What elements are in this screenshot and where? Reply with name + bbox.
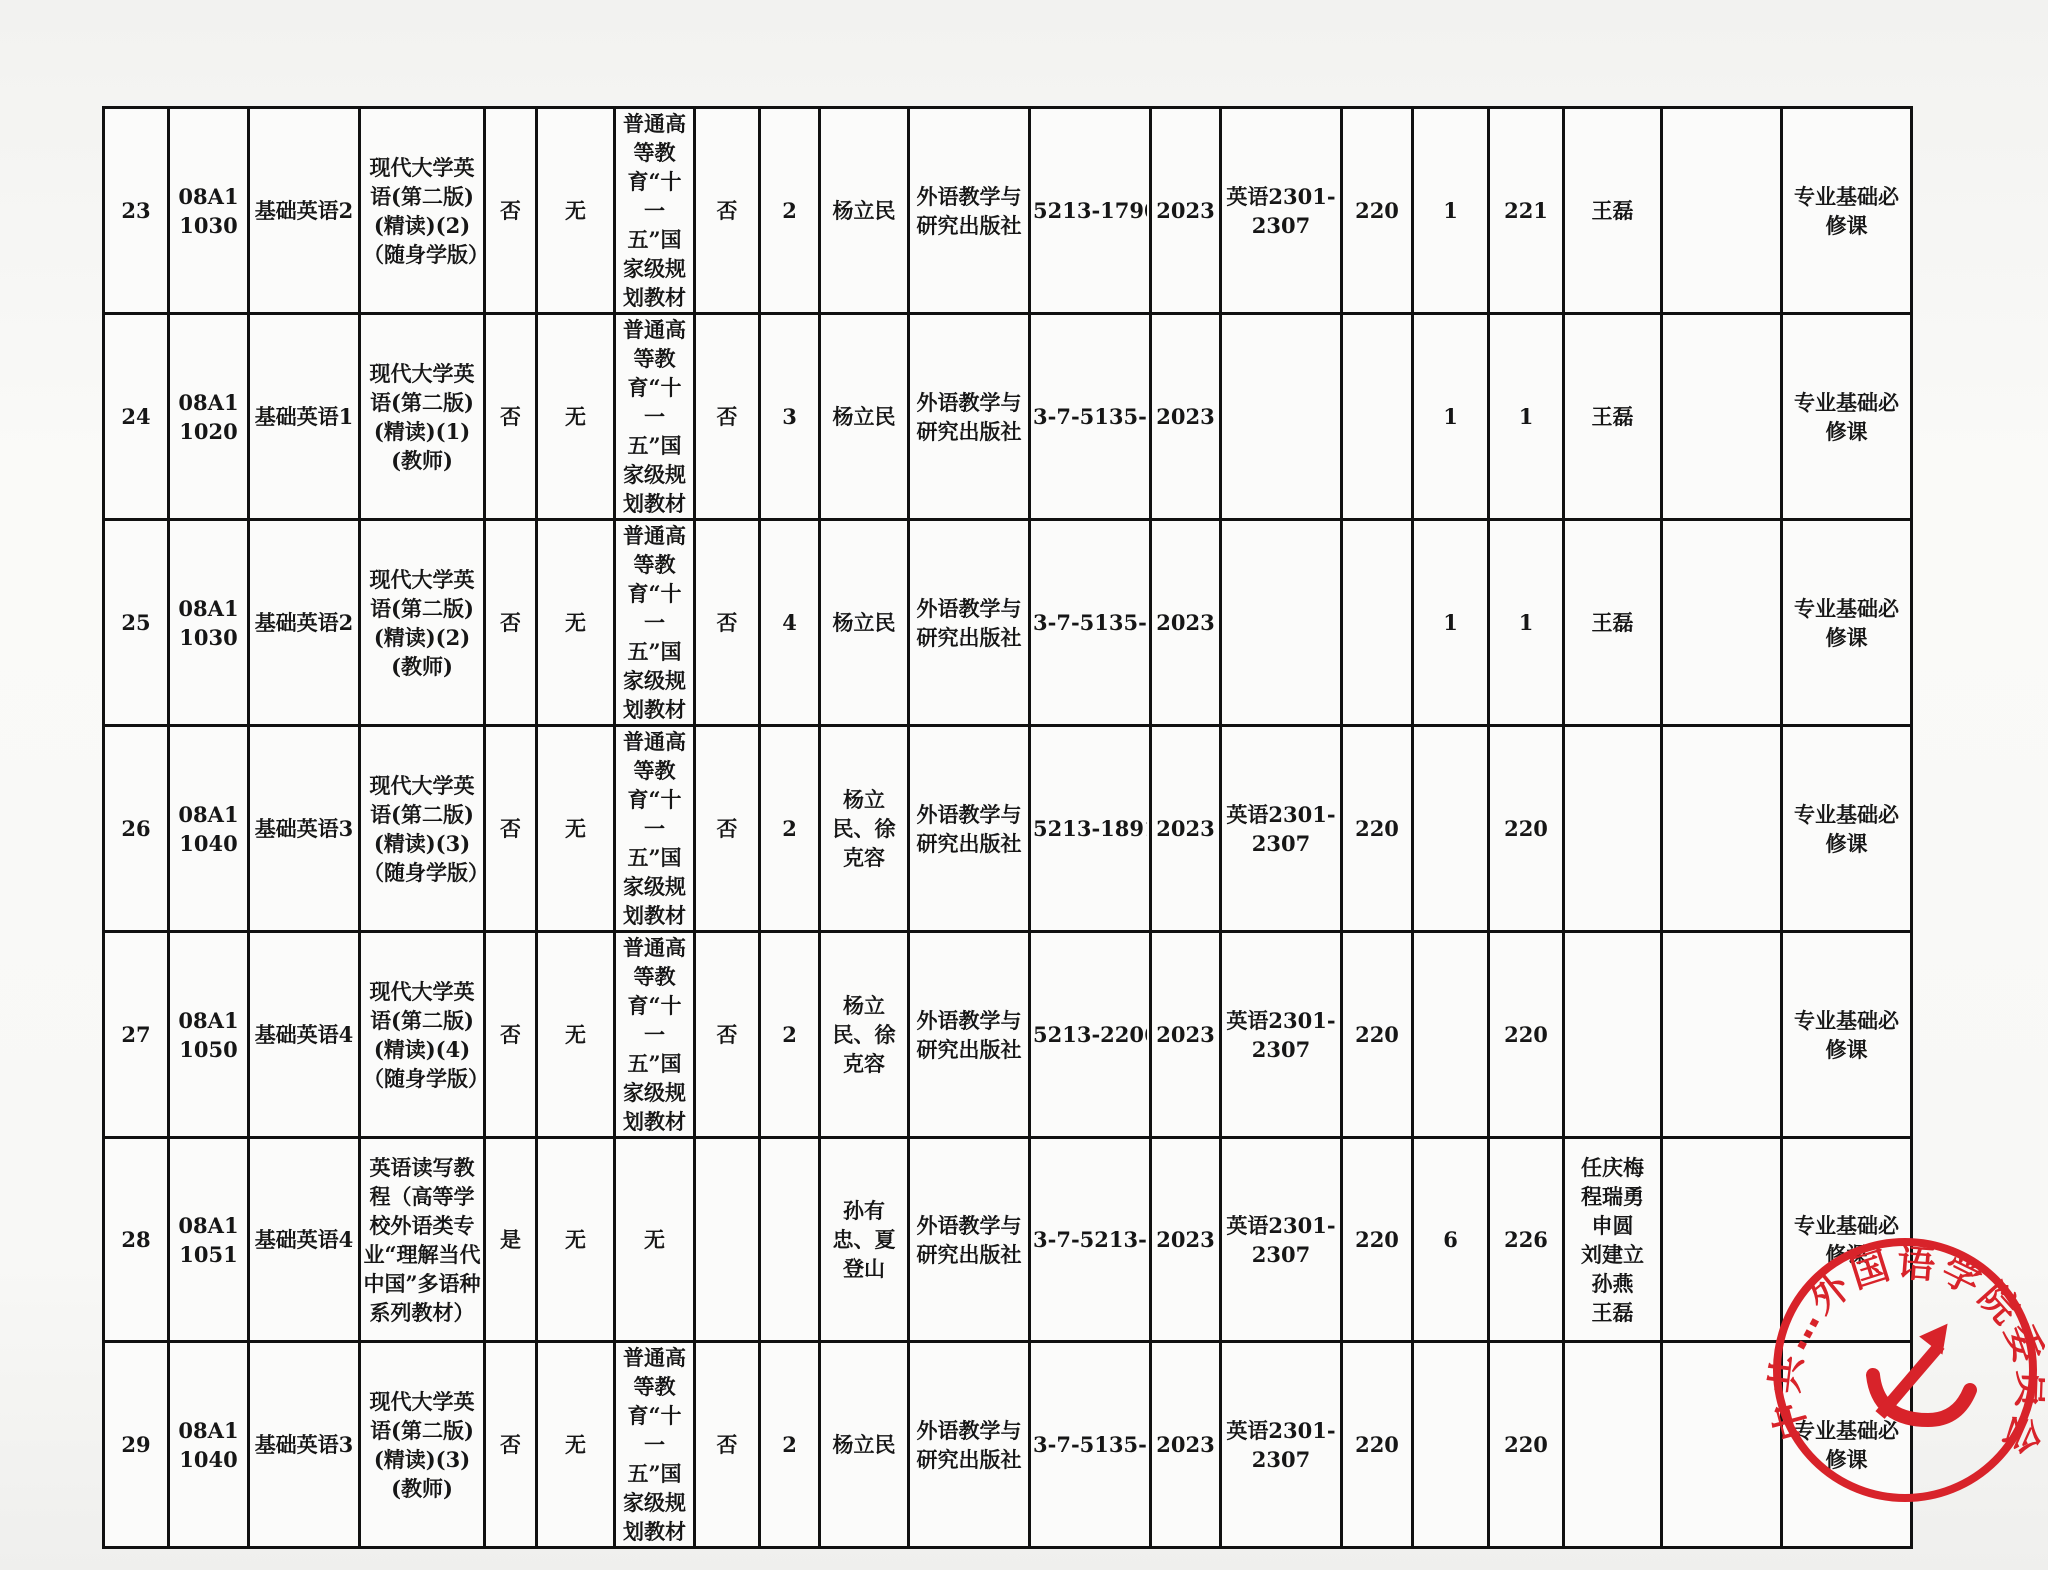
textbook-title: 现代大学英语(第二版)(精读)(4)（随身学版）: [363, 977, 481, 1093]
student-copies-cell: 220: [1342, 1138, 1413, 1342]
marx-project-flag: 是: [488, 1225, 533, 1254]
textbook-title-cell: 现代大学英语(第二版)(精读)(3)(教师): [360, 1342, 485, 1548]
course-code-cell: 08A11020: [169, 314, 249, 520]
course-code: 08A11040: [172, 1416, 245, 1474]
student-copies-cell: 220: [1342, 1342, 1413, 1548]
textbook-order-table: 2308A11030基础英语2现代大学英语(第二版)(精读)(2)（随身学版）否…: [102, 106, 1913, 1549]
marx-project-flag-cell: 否: [485, 1342, 537, 1548]
self-compiled-flag-cell: 否: [695, 1342, 760, 1548]
course-name: 基础英语3: [252, 814, 356, 843]
planning-textbook: 无: [618, 1225, 691, 1254]
author: 杨立民: [823, 402, 905, 431]
row-number-cell: 28: [104, 1138, 169, 1342]
publish-year-cell: 2023: [1151, 520, 1221, 726]
classes: 英语2301-2307: [1224, 1416, 1338, 1474]
total-copies: 220: [1492, 1020, 1560, 1049]
publish-year: 2023: [1154, 1020, 1217, 1049]
row-number: 26: [107, 814, 165, 843]
course-code: 08A11020: [172, 388, 245, 446]
course-type: 专业基础必修课: [1785, 182, 1908, 240]
author: 杨立民: [823, 1430, 905, 1459]
classes: 英语2301-2307: [1224, 1006, 1338, 1064]
course-name-cell: 基础英语4: [249, 1138, 360, 1342]
isbn-cell: 5213-1790-9: [1030, 108, 1151, 314]
publish-year: 2023: [1154, 608, 1217, 637]
row-number-cell: 25: [104, 520, 169, 726]
author-cell: 杨立民: [820, 314, 909, 520]
teacher-copies: 1: [1416, 402, 1485, 431]
teacher-copies-cell: 1: [1413, 520, 1489, 726]
note-cell: [1662, 932, 1782, 1138]
isbn-cell: 3-7-5135-174: [1030, 1342, 1151, 1548]
total-copies-cell: 220: [1489, 1342, 1564, 1548]
author-cell: 杨立民、徐克容: [820, 726, 909, 932]
course-code: 08A11030: [172, 594, 245, 652]
note-cell: [1662, 1342, 1782, 1548]
student-copies: 220: [1345, 196, 1409, 225]
teacher-names-cell: 王磊: [1564, 314, 1662, 520]
author-cell: 杨立民: [820, 520, 909, 726]
table-row: 2708A11050基础英语4现代大学英语(第二版)(精读)(4)（随身学版）否…: [104, 932, 1912, 1138]
publisher-cell: 外语教学与研究出版社: [909, 1138, 1030, 1342]
planning-textbook: 普通高等教育“十一五”国家级规划教材: [618, 521, 691, 724]
self-compiled-flag: 否: [698, 814, 756, 843]
classes-cell: 英语2301-2307: [1221, 1138, 1342, 1342]
edition-cell: 2: [760, 726, 820, 932]
teacher-names-cell: [1564, 932, 1662, 1138]
self-compiled-flag: 否: [698, 608, 756, 637]
teacher-copies-cell: 6: [1413, 1138, 1489, 1342]
publish-year: 2023: [1154, 196, 1217, 225]
course-type-cell: 专业基础必修课: [1782, 520, 1912, 726]
teacher-names: 任庆梅程瑞勇申圆刘建立孙燕王磊: [1567, 1153, 1658, 1327]
self-compiled-flag-cell: 否: [695, 108, 760, 314]
award-status-cell: 无: [537, 520, 615, 726]
isbn-cell: 3-7-5213-382: [1030, 1138, 1151, 1342]
isbn-cell: 5213-2206-4: [1030, 932, 1151, 1138]
total-copies: 220: [1492, 814, 1560, 843]
student-copies: 220: [1345, 1430, 1409, 1459]
planning-textbook-cell: 普通高等教育“十一五”国家级规划教材: [615, 108, 695, 314]
table-row: 2508A11030基础英语2现代大学英语(第二版)(精读)(2)(教师)否无普…: [104, 520, 1912, 726]
edition-cell: 2: [760, 1342, 820, 1548]
course-type: 专业基础必修课: [1785, 1006, 1908, 1064]
teacher-names-cell: [1564, 1342, 1662, 1548]
textbook-title-cell: 现代大学英语(第二版)(精读)(1)(教师): [360, 314, 485, 520]
planning-textbook: 普通高等教育“十一五”国家级规划教材: [618, 1343, 691, 1546]
marx-project-flag: 否: [488, 1430, 533, 1459]
marx-project-flag-cell: 否: [485, 726, 537, 932]
edition-cell: 3: [760, 314, 820, 520]
planning-textbook-cell: 普通高等教育“十一五”国家级规划教材: [615, 726, 695, 932]
table-row: 2308A11030基础英语2现代大学英语(第二版)(精读)(2)（随身学版）否…: [104, 108, 1912, 314]
classes-cell: 英语2301-2307: [1221, 1342, 1342, 1548]
course-code: 08A11040: [172, 800, 245, 858]
textbook-title-cell: 英语读写教程（高等学校外语类专业“理解当代中国”多语种系列教材）: [360, 1138, 485, 1342]
publish-year: 2023: [1154, 402, 1217, 431]
student-copies-cell: 220: [1342, 726, 1413, 932]
award-status-cell: 无: [537, 1138, 615, 1342]
classes: 英语2301-2307: [1224, 182, 1338, 240]
row-number: 23: [107, 196, 165, 225]
course-code-cell: 08A11040: [169, 726, 249, 932]
note-cell: [1662, 108, 1782, 314]
course-type-cell: 专业基础必修课: [1782, 726, 1912, 932]
textbook-title: 现代大学英语(第二版)(精读)(3)（随身学版）: [363, 771, 481, 887]
edition-cell: [760, 1138, 820, 1342]
total-copies: 226: [1492, 1225, 1560, 1254]
self-compiled-flag: 否: [698, 1430, 756, 1459]
edition-cell: 2: [760, 932, 820, 1138]
self-compiled-flag: 否: [698, 402, 756, 431]
publisher: 外语教学与研究出版社: [912, 594, 1026, 652]
award-status: 无: [540, 196, 611, 225]
isbn-cell: 3-7-5135-097: [1030, 520, 1151, 726]
publish-year-cell: 2023: [1151, 1342, 1221, 1548]
award-status: 无: [540, 1020, 611, 1049]
marx-project-flag: 否: [488, 402, 533, 431]
total-copies-cell: 221: [1489, 108, 1564, 314]
author: 杨立民、徐克容: [823, 991, 905, 1078]
note-cell: [1662, 520, 1782, 726]
course-name: 基础英语2: [252, 608, 356, 637]
row-number-cell: 24: [104, 314, 169, 520]
total-copies-cell: 1: [1489, 314, 1564, 520]
student-copies-cell: 220: [1342, 932, 1413, 1138]
total-copies: 1: [1492, 608, 1560, 637]
teacher-copies-cell: 1: [1413, 314, 1489, 520]
award-status-cell: 无: [537, 1342, 615, 1548]
publisher: 外语教学与研究出版社: [912, 388, 1026, 446]
textbook-title-cell: 现代大学英语(第二版)(精读)(2)(教师): [360, 520, 485, 726]
table-row: 2608A11040基础英语3现代大学英语(第二版)(精读)(3)（随身学版）否…: [104, 726, 1912, 932]
teacher-copies: 6: [1416, 1225, 1485, 1254]
marx-project-flag-cell: 是: [485, 1138, 537, 1342]
course-code: 08A11050: [172, 1006, 245, 1064]
isbn: 3-7-5135-097: [1033, 608, 1147, 637]
classes-cell: 英语2301-2307: [1221, 932, 1342, 1138]
isbn: 3-7-5135-049: [1033, 402, 1147, 431]
course-type-cell: 专业基础必修课: [1782, 1342, 1912, 1548]
student-copies-cell: [1342, 314, 1413, 520]
student-copies-cell: 220: [1342, 108, 1413, 314]
classes: 英语2301-2307: [1224, 1211, 1338, 1269]
publisher: 外语教学与研究出版社: [912, 1416, 1026, 1474]
row-number: 27: [107, 1020, 165, 1049]
marx-project-flag-cell: 否: [485, 108, 537, 314]
edition-cell: 4: [760, 520, 820, 726]
edition: 2: [763, 1430, 816, 1459]
textbook-title-cell: 现代大学英语(第二版)(精读)(3)（随身学版）: [360, 726, 485, 932]
isbn-cell: 5213-1891-3: [1030, 726, 1151, 932]
classes-cell: [1221, 520, 1342, 726]
course-type: 专业基础必修课: [1785, 800, 1908, 858]
publisher: 外语教学与研究出版社: [912, 1006, 1026, 1064]
publisher-cell: 外语教学与研究出版社: [909, 108, 1030, 314]
planning-textbook: 普通高等教育“十一五”国家级规划教材: [618, 727, 691, 930]
marx-project-flag: 否: [488, 608, 533, 637]
publisher: 外语教学与研究出版社: [912, 182, 1026, 240]
publisher: 外语教学与研究出版社: [912, 1211, 1026, 1269]
course-name: 基础英语1: [252, 402, 356, 431]
course-name: 基础英语2: [252, 196, 356, 225]
course-name-cell: 基础英语3: [249, 726, 360, 932]
course-code-cell: 08A11030: [169, 108, 249, 314]
textbook-title-cell: 现代大学英语(第二版)(精读)(2)（随身学版）: [360, 108, 485, 314]
course-name-cell: 基础英语1: [249, 314, 360, 520]
publisher-cell: 外语教学与研究出版社: [909, 932, 1030, 1138]
course-name: 基础英语4: [252, 1020, 356, 1049]
course-type: 专业基础必修课: [1785, 1211, 1908, 1269]
course-name-cell: 基础英语3: [249, 1342, 360, 1548]
course-type: 专业基础必修课: [1785, 1416, 1908, 1474]
teacher-names: 王磊: [1567, 402, 1658, 431]
course-name: 基础英语3: [252, 1430, 356, 1459]
course-name-cell: 基础英语2: [249, 520, 360, 726]
publish-year-cell: 2023: [1151, 932, 1221, 1138]
planning-textbook: 普通高等教育“十一五”国家级规划教材: [618, 933, 691, 1136]
total-copies-cell: 220: [1489, 726, 1564, 932]
classes: 英语2301-2307: [1224, 800, 1338, 858]
row-number-cell: 29: [104, 1342, 169, 1548]
marx-project-flag: 否: [488, 1020, 533, 1049]
total-copies-cell: 1: [1489, 520, 1564, 726]
planning-textbook-cell: 无: [615, 1138, 695, 1342]
course-name-cell: 基础英语2: [249, 108, 360, 314]
table-row: 2408A11020基础英语1现代大学英语(第二版)(精读)(1)(教师)否无普…: [104, 314, 1912, 520]
marx-project-flag: 否: [488, 196, 533, 225]
publisher-cell: 外语教学与研究出版社: [909, 314, 1030, 520]
table-row: 2908A11040基础英语3现代大学英语(第二版)(精读)(3)(教师)否无普…: [104, 1342, 1912, 1548]
table-row: 2808A11051基础英语4英语读写教程（高等学校外语类专业“理解当代中国”多…: [104, 1138, 1912, 1342]
isbn: 5213-1790-9: [1033, 196, 1147, 225]
edition: 2: [763, 196, 816, 225]
total-copies: 221: [1492, 196, 1560, 225]
teacher-names: 王磊: [1567, 196, 1658, 225]
planning-textbook-cell: 普通高等教育“十一五”国家级规划教材: [615, 932, 695, 1138]
course-code-cell: 08A11030: [169, 520, 249, 726]
course-code-cell: 08A11050: [169, 932, 249, 1138]
edition-cell: 2: [760, 108, 820, 314]
author-cell: 孙有忠、夏登山: [820, 1138, 909, 1342]
total-copies-cell: 220: [1489, 932, 1564, 1138]
award-status: 无: [540, 1225, 611, 1254]
edition: 2: [763, 1020, 816, 1049]
student-copies-cell: [1342, 520, 1413, 726]
award-status: 无: [540, 814, 611, 843]
row-number-cell: 26: [104, 726, 169, 932]
teacher-names-cell: 王磊: [1564, 520, 1662, 726]
publish-year: 2023: [1154, 1430, 1217, 1459]
self-compiled-flag-cell: 否: [695, 932, 760, 1138]
author: 杨立民: [823, 608, 905, 637]
award-status-cell: 无: [537, 314, 615, 520]
student-copies: 220: [1345, 1225, 1409, 1254]
award-status: 无: [540, 608, 611, 637]
teacher-names-cell: 王磊: [1564, 108, 1662, 314]
author-cell: 杨立民、徐克容: [820, 932, 909, 1138]
planning-textbook-cell: 普通高等教育“十一五”国家级规划教材: [615, 314, 695, 520]
row-number-cell: 27: [104, 932, 169, 1138]
author: 杨立民、徐克容: [823, 785, 905, 872]
edition: 2: [763, 814, 816, 843]
row-number: 24: [107, 402, 165, 431]
marx-project-flag-cell: 否: [485, 932, 537, 1138]
publisher-cell: 外语教学与研究出版社: [909, 520, 1030, 726]
textbook-title-cell: 现代大学英语(第二版)(精读)(4)（随身学版）: [360, 932, 485, 1138]
self-compiled-flag-cell: 否: [695, 314, 760, 520]
student-copies: 220: [1345, 814, 1409, 843]
course-type: 专业基础必修课: [1785, 594, 1908, 652]
textbook-title: 现代大学英语(第二版)(精读)(2)（随身学版）: [363, 153, 481, 269]
course-code: 08A11051: [172, 1211, 245, 1269]
award-status-cell: 无: [537, 108, 615, 314]
teacher-copies-cell: [1413, 932, 1489, 1138]
isbn: 3-7-5213-382: [1033, 1225, 1147, 1254]
publisher-cell: 外语教学与研究出版社: [909, 1342, 1030, 1548]
total-copies: 220: [1492, 1430, 1560, 1459]
textbook-title: 现代大学英语(第二版)(精读)(1)(教师): [363, 359, 481, 475]
total-copies-cell: 226: [1489, 1138, 1564, 1342]
self-compiled-flag: 否: [698, 196, 756, 225]
teacher-names: 王磊: [1567, 608, 1658, 637]
note-cell: [1662, 726, 1782, 932]
isbn: 3-7-5135-174: [1033, 1430, 1147, 1459]
edition: 3: [763, 402, 816, 431]
textbook-title: 现代大学英语(第二版)(精读)(2)(教师): [363, 565, 481, 681]
award-status-cell: 无: [537, 932, 615, 1138]
award-status: 无: [540, 402, 611, 431]
course-code-cell: 08A11040: [169, 1342, 249, 1548]
planning-textbook: 普通高等教育“十一五”国家级规划教材: [618, 315, 691, 518]
row-number: 28: [107, 1225, 165, 1254]
teacher-copies-cell: 1: [1413, 108, 1489, 314]
publish-year-cell: 2023: [1151, 108, 1221, 314]
course-type-cell: 专业基础必修课: [1782, 314, 1912, 520]
self-compiled-flag-cell: 否: [695, 520, 760, 726]
classes-cell: 英语2301-2307: [1221, 726, 1342, 932]
self-compiled-flag-cell: [695, 1138, 760, 1342]
course-type-cell: 专业基础必修课: [1782, 1138, 1912, 1342]
marx-project-flag: 否: [488, 814, 533, 843]
publisher: 外语教学与研究出版社: [912, 800, 1026, 858]
author-cell: 杨立民: [820, 108, 909, 314]
teacher-names-cell: 任庆梅程瑞勇申圆刘建立孙燕王磊: [1564, 1138, 1662, 1342]
note-cell: [1662, 1138, 1782, 1342]
row-number-cell: 23: [104, 108, 169, 314]
self-compiled-flag-cell: 否: [695, 726, 760, 932]
teacher-names-cell: [1564, 726, 1662, 932]
award-status: 无: [540, 1430, 611, 1459]
edition: 4: [763, 608, 816, 637]
row-number: 29: [107, 1430, 165, 1459]
textbook-title: 现代大学英语(第二版)(精读)(3)(教师): [363, 1387, 481, 1503]
note-cell: [1662, 314, 1782, 520]
author: 杨立民: [823, 196, 905, 225]
publish-year-cell: 2023: [1151, 314, 1221, 520]
student-copies: 220: [1345, 1020, 1409, 1049]
isbn: 5213-1891-3: [1033, 814, 1147, 843]
course-type-cell: 专业基础必修课: [1782, 932, 1912, 1138]
publish-year-cell: 2023: [1151, 1138, 1221, 1342]
course-code-cell: 08A11051: [169, 1138, 249, 1342]
isbn-cell: 3-7-5135-049: [1030, 314, 1151, 520]
classes-cell: 英语2301-2307: [1221, 108, 1342, 314]
planning-textbook-cell: 普通高等教育“十一五”国家级规划教材: [615, 1342, 695, 1548]
author-cell: 杨立民: [820, 1342, 909, 1548]
course-name: 基础英语4: [252, 1225, 356, 1254]
textbook-title: 英语读写教程（高等学校外语类专业“理解当代中国”多语种系列教材）: [363, 1153, 481, 1327]
total-copies: 1: [1492, 402, 1560, 431]
row-number: 25: [107, 608, 165, 637]
teacher-copies-cell: [1413, 726, 1489, 932]
teacher-copies: 1: [1416, 196, 1485, 225]
teacher-copies-cell: [1413, 1342, 1489, 1548]
author: 孙有忠、夏登山: [823, 1196, 905, 1283]
planning-textbook-cell: 普通高等教育“十一五”国家级规划教材: [615, 520, 695, 726]
teacher-copies: 1: [1416, 608, 1485, 637]
marx-project-flag-cell: 否: [485, 520, 537, 726]
course-code: 08A11030: [172, 182, 245, 240]
course-type: 专业基础必修课: [1785, 388, 1908, 446]
publish-year: 2023: [1154, 814, 1217, 843]
isbn: 5213-2206-4: [1033, 1020, 1147, 1049]
self-compiled-flag: 否: [698, 1020, 756, 1049]
marx-project-flag-cell: 否: [485, 314, 537, 520]
classes-cell: [1221, 314, 1342, 520]
publish-year: 2023: [1154, 1225, 1217, 1254]
planning-textbook: 普通高等教育“十一五”国家级规划教材: [618, 109, 691, 312]
award-status-cell: 无: [537, 726, 615, 932]
course-name-cell: 基础英语4: [249, 932, 360, 1138]
publisher-cell: 外语教学与研究出版社: [909, 726, 1030, 932]
publish-year-cell: 2023: [1151, 726, 1221, 932]
course-type-cell: 专业基础必修课: [1782, 108, 1912, 314]
